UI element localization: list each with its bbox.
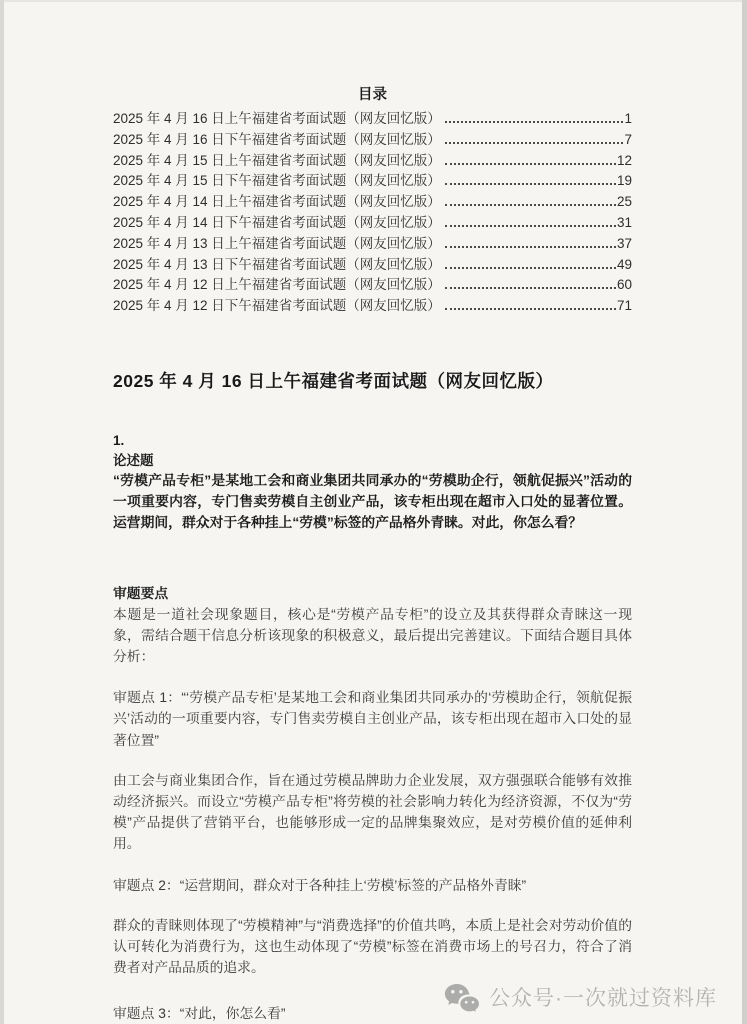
toc-entry-label: 2025 年 4 月 15 日下午福建省考面试题（网友回忆版） (113, 169, 441, 189)
toc-dotted-leader (445, 183, 616, 185)
watermark: 公众号·一次就过资料库 (444, 982, 717, 1012)
toc-entry-page-number: 60 (617, 277, 632, 292)
analysis-heading: 审题要点 (113, 584, 632, 604)
toc-list: 2025 年 4 月 16 日上午福建省考面试题（网友回忆版） 1 2025 年… (113, 107, 632, 315)
analysis-point-2-detail: 群众的青睐则体现了“劳模精神”与“消费选择”的价值共鸣，本质上是社会对劳动价值的… (113, 915, 632, 979)
watermark-text: 公众号·一次就过资料库 (489, 982, 717, 1012)
analysis-intro: 本题是一道社会现象题目，核心是“劳模产品专柜”的设立及其获得群众青睐这一现象，需… (113, 604, 632, 668)
toc-entry: 2025 年 4 月 15 日上午福建省考面试题（网友回忆版） 12 (113, 149, 632, 170)
toc-dotted-leader (445, 204, 616, 206)
toc-title: 目录 (113, 84, 632, 106)
toc-dotted-leader (445, 308, 616, 310)
toc-entry-page-number: 12 (617, 153, 632, 168)
toc-entry-page-number: 49 (617, 257, 632, 272)
toc-entry-page-number: 31 (617, 215, 632, 230)
toc-entry: 2025 年 4 月 16 日上午福建省考面试题（网友回忆版） 1 (113, 107, 632, 128)
toc-entry-label: 2025 年 4 月 12 日上午福建省考面试题（网友回忆版） (113, 273, 441, 293)
wechat-icon (444, 983, 480, 1012)
toc-entry: 2025 年 4 月 15 日下午福建省考面试题（网友回忆版） 19 (113, 169, 632, 190)
toc-entry: 2025 年 4 月 12 日上午福建省考面试题（网友回忆版） 60 (113, 273, 632, 294)
page-edge-top (0, 0, 747, 2)
toc-entry-page-number: 19 (617, 173, 632, 188)
toc-dotted-leader (445, 287, 616, 289)
toc-dotted-leader (445, 246, 616, 248)
section-heading: 2025 年 4 月 16 日上午福建省考面试题（网友回忆版） (113, 368, 632, 393)
toc-dotted-leader (445, 225, 616, 227)
toc-entry: 2025 年 4 月 14 日下午福建省考面试题（网友回忆版） 31 (113, 211, 632, 232)
toc-dotted-leader (445, 163, 616, 165)
toc-entry-label: 2025 年 4 月 15 日上午福建省考面试题（网友回忆版） (113, 149, 441, 169)
toc-entry-label: 2025 年 4 月 14 日下午福建省考面试题（网友回忆版） (113, 211, 441, 231)
analysis-point-2: 审题点 2：“运营期间，群众对于各种挂上‘劳模’标签的产品格外青睐” (113, 875, 632, 896)
analysis-point-1: 审题点 1：“‘劳模产品专柜’是某地工会和商业集团共同承办的‘劳模助企行，领航促… (113, 687, 632, 751)
page-edge-right (742, 0, 747, 1024)
question-number: 1. (113, 430, 632, 451)
toc-entry-page-number: 37 (617, 236, 632, 251)
toc-dotted-leader (445, 121, 624, 123)
toc-entry-page-number: 71 (617, 298, 632, 313)
toc-entry: 2025 年 4 月 13 日下午福建省考面试题（网友回忆版） 49 (113, 253, 632, 274)
question-type-label: 论述题 (113, 451, 632, 470)
page-edge-left (0, 0, 4, 1024)
toc-entry: 2025 年 4 月 14 日上午福建省考面试题（网友回忆版） 25 (113, 190, 632, 211)
toc-entry-page-number: 1 (624, 111, 632, 126)
toc-entry-label: 2025 年 4 月 12 日下午福建省考面试题（网友回忆版） (113, 294, 441, 314)
toc-entry: 2025 年 4 月 13 日上午福建省考面试题（网友回忆版） 37 (113, 232, 632, 253)
toc-dotted-leader (445, 142, 624, 144)
question-text: “劳模产品专柜”是某地工会和商业集团共同承办的“劳模助企行，领航促振兴”活动的一… (113, 470, 632, 534)
toc-entry: 2025 年 4 月 16 日下午福建省考面试题（网友回忆版） 7 (113, 128, 632, 149)
analysis-point-1-detail: 由工会与商业集团合作，旨在通过劳模品牌助力企业发展，双方强强联合能够有效推动经济… (113, 770, 632, 855)
toc-entry-label: 2025 年 4 月 14 日上午福建省考面试题（网友回忆版） (113, 190, 441, 210)
toc-entry-label: 2025 年 4 月 13 日上午福建省考面试题（网友回忆版） (113, 232, 441, 252)
document-page: 目录 2025 年 4 月 16 日上午福建省考面试题（网友回忆版） 1 202… (0, 0, 747, 1024)
toc-entry-label: 2025 年 4 月 16 日上午福建省考面试题（网友回忆版） (113, 107, 441, 127)
toc-entry-label: 2025 年 4 月 13 日下午福建省考面试题（网友回忆版） (113, 253, 441, 273)
toc-dotted-leader (445, 267, 616, 269)
toc-entry-label: 2025 年 4 月 16 日下午福建省考面试题（网友回忆版） (113, 128, 441, 148)
toc-entry-page-number: 7 (624, 132, 632, 147)
toc-entry-page-number: 25 (617, 194, 632, 209)
toc-entry: 2025 年 4 月 12 日下午福建省考面试题（网友回忆版） 71 (113, 294, 632, 315)
